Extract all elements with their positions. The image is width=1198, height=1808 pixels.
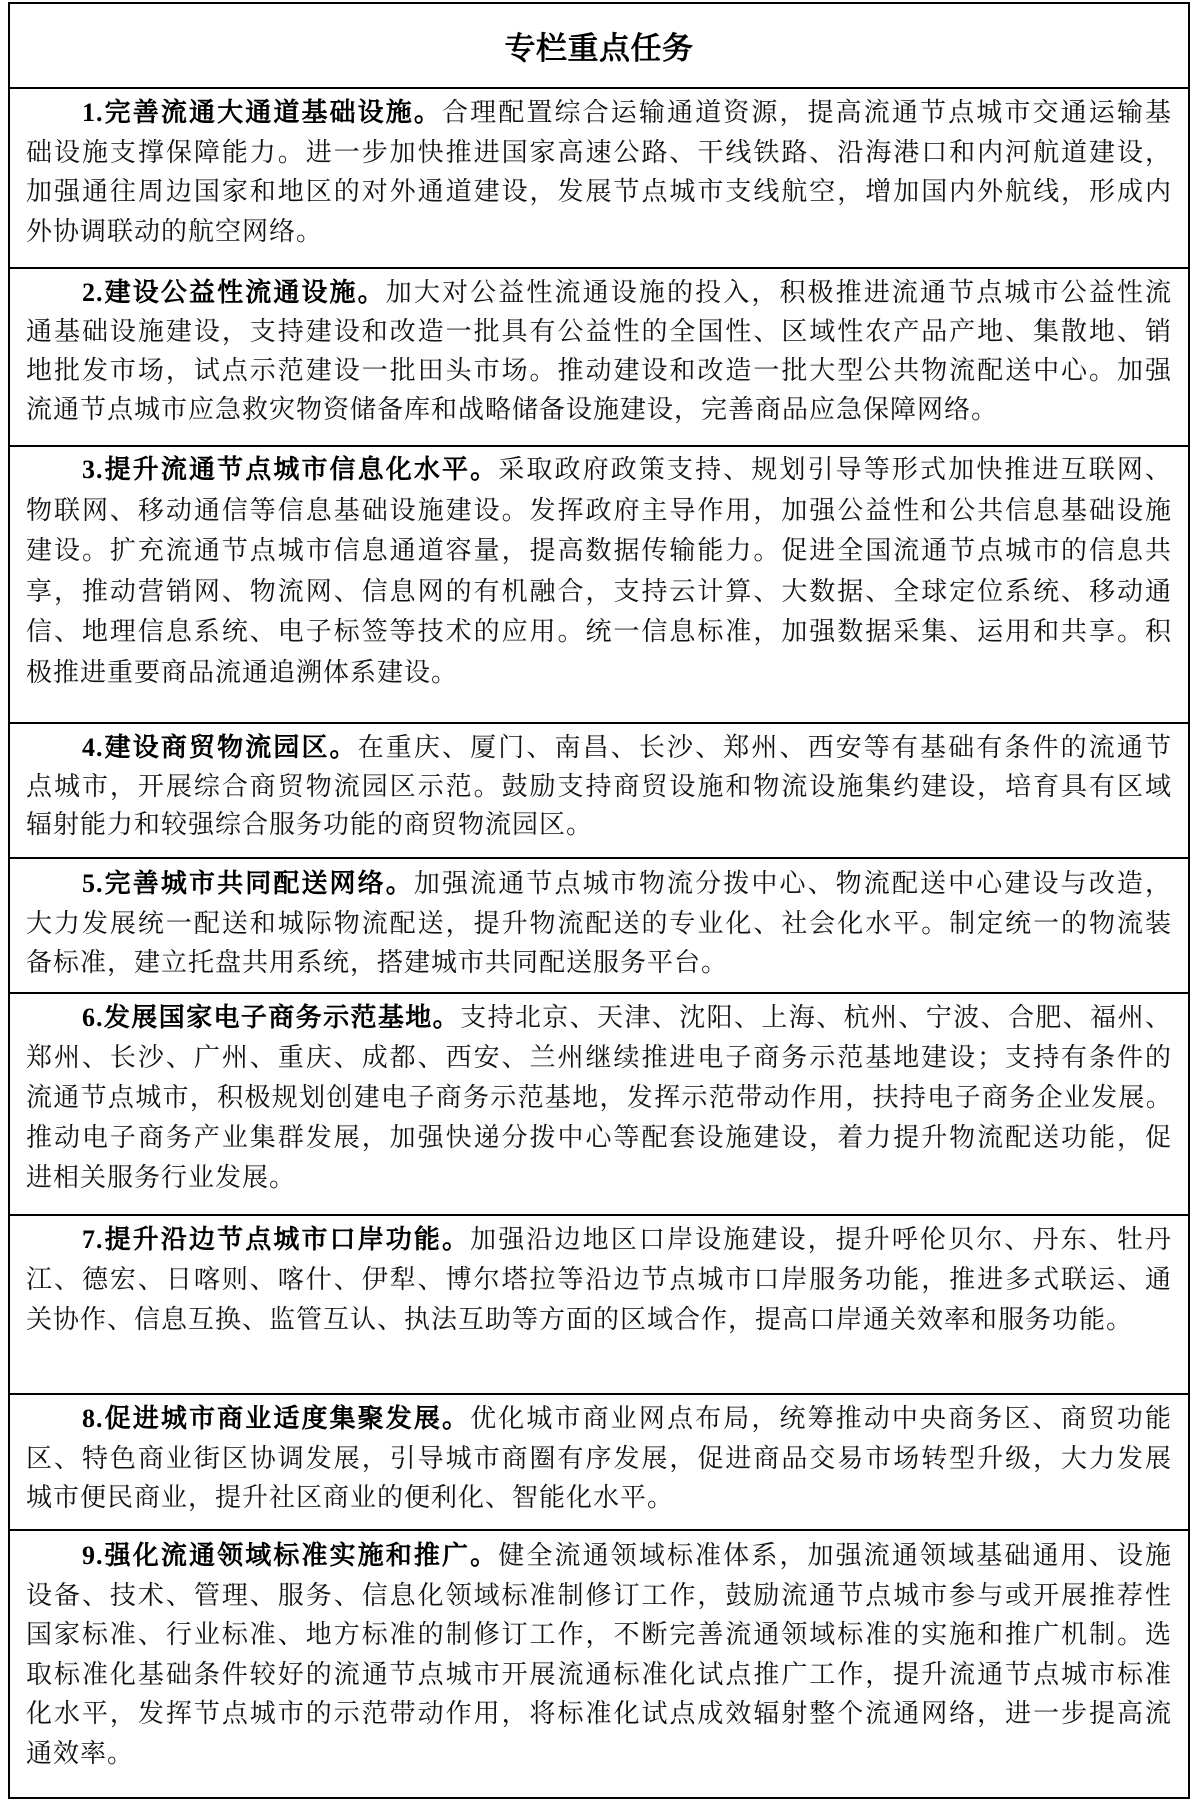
section-line: 加强通往周边国家和地区的对外通道建设，发展节点城市支线航空，增加国内外航线，形成… [26, 172, 1172, 212]
section-line: 极推进重要商品流通追溯体系建设。 [26, 653, 1172, 694]
section-text: 支持北京、天津、沈阳、上海、杭州、宁波、合肥、福州、 [460, 1003, 1172, 1032]
section-line: 推动电子商务产业集群发展，加强快递分拨中心等配套设施建设，着力提升物流配送功能，… [26, 1118, 1172, 1158]
section-line: 1.完善流通大通道基础设施。合理配置综合运输通道资源，提高流通节点城市交通运输基 [26, 93, 1172, 133]
section-text: 在重庆、厦门、南昌、长沙、郑州、西安等有基础有条件的流通节 [358, 733, 1172, 762]
task-section-8: 8.促进城市商业适度集聚发展。优化城市商业网点布局，统筹推动中央商务区、商贸功能… [10, 1393, 1188, 1529]
section-line: 设备、技术、管理、服务、信息化领域标准制修订工作，鼓励流通节点城市参与或开展推荐… [26, 1576, 1172, 1616]
section-line: 9.强化流通领域标准实施和推广。健全流通领域标准体系，加强流通领域基础通用、设施 [26, 1536, 1172, 1576]
table-title-row: 专栏重点任务 [10, 4, 1188, 87]
section-heading: 9.强化流通领域标准实施和推广。 [82, 1541, 498, 1570]
section-line: 点城市，开展综合商贸物流园区示范。鼓励支持商贸设施和物流设施集约建设，培育具有区… [26, 768, 1172, 807]
section-text: 加强沿边地区口岸设施建设，提升呼伦贝尔、丹东、牡丹 [470, 1225, 1172, 1254]
section-heading: 2.建设公益性流通设施。 [82, 278, 386, 307]
task-section-3: 3.提升流通节点城市信息化水平。采取政府政策支持、规划引导等形式加快推进互联网、… [10, 445, 1188, 722]
section-line: 享，推动营销网、物流网、信息网的有机融合，支持云计算、大数据、全球定位系统、移动… [26, 572, 1172, 613]
section-line: 2.建设公益性流通设施。加大对公益性流通设施的投入，积极推进流通节点城市公益性流 [26, 273, 1172, 312]
section-line: 础设施支撑保障能力。进一步加快推进国家高速公路、干线铁路、沿海港口和内河航道建设… [26, 133, 1172, 173]
task-section-1: 1.完善流通大通道基础设施。合理配置综合运输通道资源，提高流通节点城市交通运输基… [10, 87, 1188, 267]
section-text: 优化城市商业网点布局，统筹推动中央商务区、商贸功能 [470, 1404, 1172, 1433]
section-line: 通基础设施建设，支持建设和改造一批具有公益性的全国性、区域性农产品产地、集散地、… [26, 312, 1172, 351]
section-line: 地批发市场，试点示范建设一批田头市场。推动建设和改造一批大型公共物流配送中心。加… [26, 351, 1172, 390]
section-line: 信、地理信息系统、电子标签等技术的应用。统一信息标准，加强数据采集、运用和共享。… [26, 612, 1172, 653]
section-line: 8.促进城市商业适度集聚发展。优化城市商业网点布局，统筹推动中央商务区、商贸功能 [26, 1399, 1172, 1439]
section-line: 流通节点城市，积极规划创建电子商务示范基地，发挥示范带动作用，扶持电子商务企业发… [26, 1078, 1172, 1118]
task-section-2: 2.建设公益性流通设施。加大对公益性流通设施的投入，积极推进流通节点城市公益性流… [10, 267, 1188, 445]
table-title: 专栏重点任务 [505, 23, 694, 68]
section-line: 7.提升沿边节点城市口岸功能。加强沿边地区口岸设施建设，提升呼伦贝尔、丹东、牡丹 [26, 1220, 1172, 1260]
section-line: 关协作、信息互换、监管互认、执法互助等方面的区域合作，提高口岸通关效率和服务功能… [26, 1300, 1172, 1340]
section-line: 6.发展国家电子商务示范基地。支持北京、天津、沈阳、上海、杭州、宁波、合肥、福州… [26, 998, 1172, 1038]
section-line: 5.完善城市共同配送网络。加强流通节点城市物流分拨中心、物流配送中心建设与改造， [26, 864, 1172, 904]
section-line: 郑州、长沙、广州、重庆、成都、西安、兰州继续推进电子商务示范基地建设；支持有条件… [26, 1038, 1172, 1078]
section-text: 加强流通节点城市物流分拨中心、物流配送中心建设与改造， [414, 869, 1172, 898]
section-text: 合理配置综合运输通道资源，提高流通节点城市交通运输基 [442, 98, 1172, 127]
section-line: 物联网、移动通信等信息基础设施建设。发挥政府主导作用，加强公益性和公共信息基础设… [26, 491, 1172, 532]
task-section-6: 6.发展国家电子商务示范基地。支持北京、天津、沈阳、上海、杭州、宁波、合肥、福州… [10, 992, 1188, 1214]
task-section-9: 9.强化流通领域标准实施和推广。健全流通领域标准体系，加强流通领域基础通用、设施… [10, 1529, 1188, 1797]
section-line: 备标准，建立托盘共用系统，搭建城市共同配送服务平台。 [26, 943, 1172, 983]
section-heading: 5.完善城市共同配送网络。 [82, 869, 414, 898]
section-heading: 3.提升流通节点城市信息化水平。 [82, 455, 498, 484]
section-line: 3.提升流通节点城市信息化水平。采取政府政策支持、规划引导等形式加快推进互联网、 [26, 450, 1172, 491]
task-section-4: 4.建设商贸物流园区。在重庆、厦门、南昌、长沙、郑州、西安等有基础有条件的流通节… [10, 722, 1188, 857]
section-heading: 6.发展国家电子商务示范基地。 [82, 1003, 460, 1032]
section-heading: 8.促进城市商业适度集聚发展。 [82, 1404, 470, 1433]
section-text: 加大对公益性流通设施的投入，积极推进流通节点城市公益性流 [386, 278, 1172, 307]
section-text: 采取政府政策支持、规划引导等形式加快推进互联网、 [498, 455, 1172, 484]
section-line: 4.建设商贸物流园区。在重庆、厦门、南昌、长沙、郑州、西安等有基础有条件的流通节 [26, 729, 1172, 768]
section-heading: 1.完善流通大通道基础设施。 [82, 98, 442, 127]
section-line: 取标准化基础条件较好的流通节点城市开展流通标准化试点推广工作，提升流通节点城市标… [26, 1655, 1172, 1695]
key-tasks-table: 专栏重点任务 1.完善流通大通道基础设施。合理配置综合运输通道资源，提高流通节点… [8, 2, 1190, 1799]
section-line: 进相关服务行业发展。 [26, 1158, 1172, 1198]
section-line: 城市便民商业，提升社区商业的便利化、智能化水平。 [26, 1478, 1172, 1518]
task-section-7: 7.提升沿边节点城市口岸功能。加强沿边地区口岸设施建设，提升呼伦贝尔、丹东、牡丹… [10, 1214, 1188, 1393]
section-heading: 4.建设商贸物流园区。 [82, 733, 358, 762]
section-line: 通效率。 [26, 1734, 1172, 1774]
section-line: 建设。扩充流通节点城市信息通道容量，提高数据传输能力。促进全国流通节点城市的信息… [26, 531, 1172, 572]
section-heading: 7.提升沿边节点城市口岸功能。 [82, 1225, 470, 1254]
task-section-5: 5.完善城市共同配送网络。加强流通节点城市物流分拨中心、物流配送中心建设与改造，… [10, 857, 1188, 992]
section-line: 化水平，发挥节点城市的示范带动作用，将标准化试点成效辐射整个流通网络，进一步提高… [26, 1694, 1172, 1734]
section-line: 大力发展统一配送和城际物流配送，提升物流配送的专业化、社会化水平。制定统一的物流… [26, 904, 1172, 944]
section-line: 流通节点城市应急救灾物资储备库和战略储备设施建设，完善商品应急保障网络。 [26, 390, 1172, 429]
section-line: 国家标准、行业标准、地方标准的制修订工作，不断完善流通领域标准的实施和推广机制。… [26, 1615, 1172, 1655]
section-line: 江、德宏、日喀则、喀什、伊犁、博尔塔拉等沿边节点城市口岸服务功能，推进多式联运、… [26, 1260, 1172, 1300]
section-line: 区、特色商业街区协调发展，引导城市商圈有序发展，促进商品交易市场转型升级，大力发… [26, 1439, 1172, 1479]
section-line: 外协调联动的航空网络。 [26, 212, 1172, 252]
section-text: 健全流通领域标准体系，加强流通领域基础通用、设施 [498, 1541, 1172, 1570]
section-line: 辐射能力和较强综合服务功能的商贸物流园区。 [26, 806, 1172, 845]
